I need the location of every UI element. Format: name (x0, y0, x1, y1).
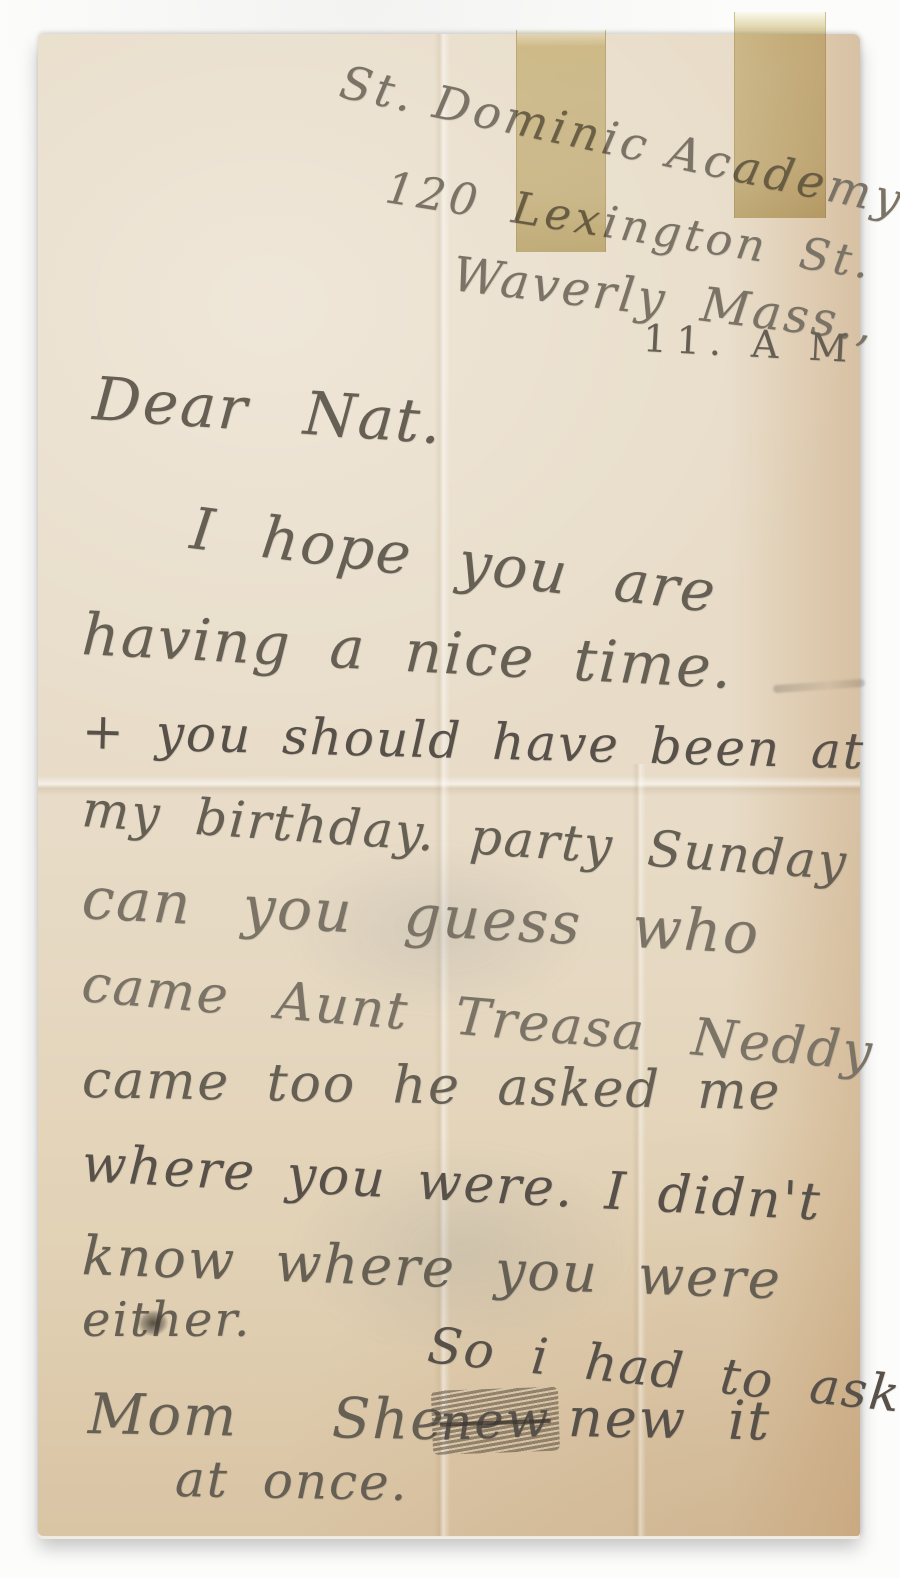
body-line-should: + you should have been at (81, 702, 865, 780)
body-line-mom-she: Mom She (87, 1382, 446, 1453)
tape-crinkle-highlight (735, 12, 825, 28)
salutation: Dear Nat. (91, 364, 446, 458)
tape-crinkle-highlight (517, 30, 605, 46)
letter-paper: St. Dominic Academy 120 Lexington St. Wa… (38, 34, 860, 1536)
tape-strip-left (516, 30, 606, 252)
body-line-hope: I hope you are (187, 494, 721, 626)
faint-pencil-mark (773, 679, 865, 693)
crossed-out-word: new (431, 1387, 560, 1455)
tape-strip-right (734, 12, 826, 218)
body-line-came-too: came too he asked me (81, 1050, 781, 1122)
letter-photo: St. Dominic Academy 120 Lexington St. Wa… (0, 0, 900, 1578)
body-line-new-it: new it (567, 1386, 771, 1453)
body-line-at-once: at once. (174, 1450, 409, 1512)
